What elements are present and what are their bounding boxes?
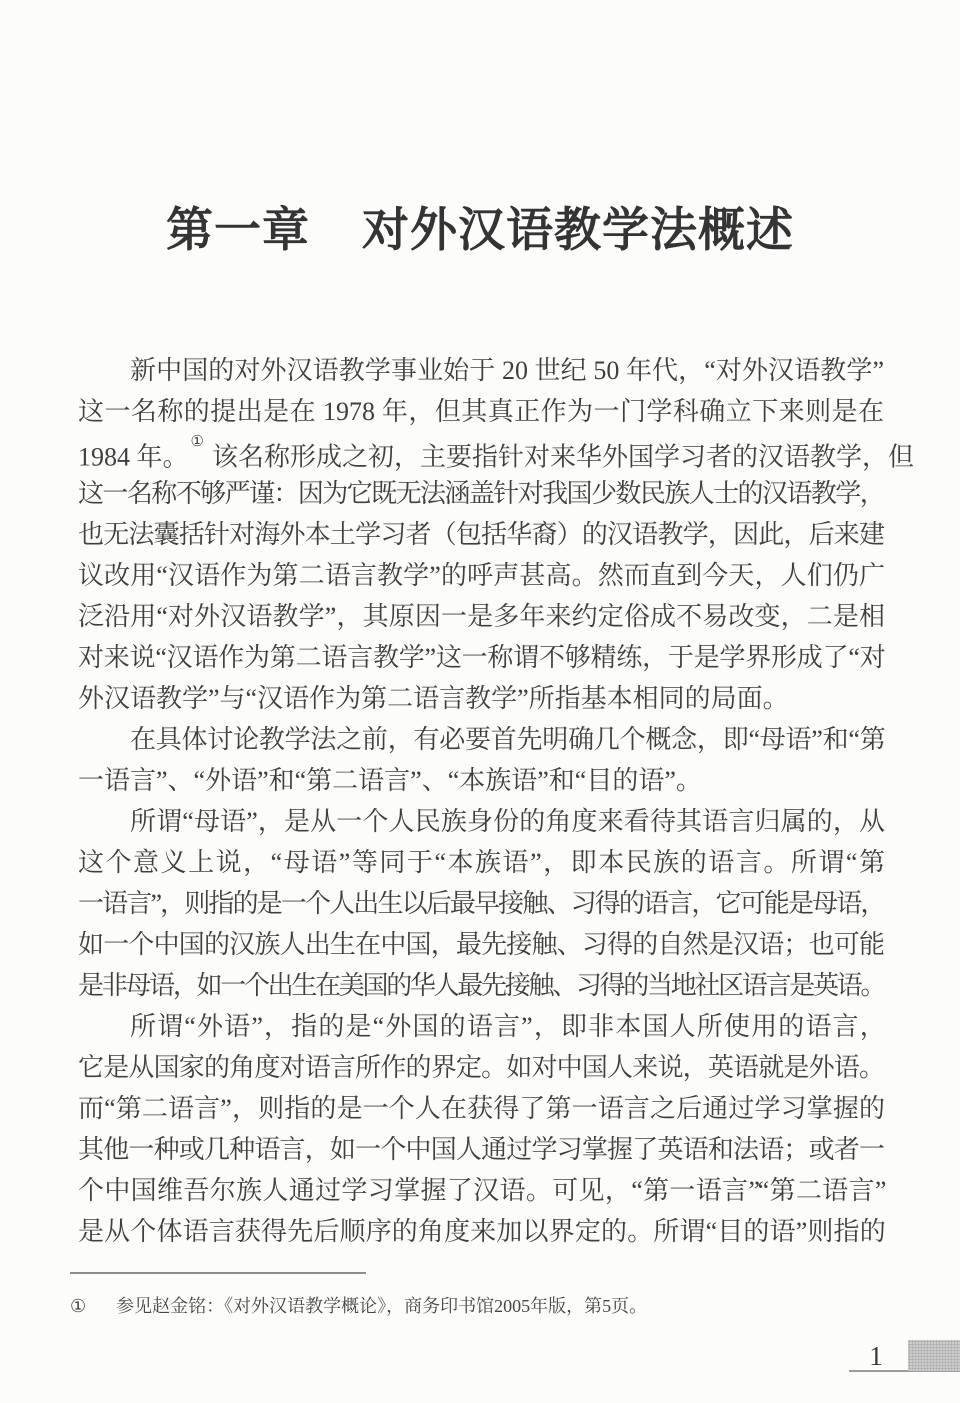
text-line: 一语言”，则指的是一个人出生以后最早接触、习得的语言，它可能是母语， <box>78 883 884 924</box>
text-line: 这一名称的提出是在 1978 年，但其真正作为一门学科确立下来则是在 <box>78 391 884 432</box>
chapter-number: 第一章 <box>166 205 310 257</box>
text-line: 这一名称不够严谨：因为它既无法涵盖针对我国少数民族人士的汉语教学， <box>78 473 884 514</box>
text-line: 这个意义上说，“母语”等同于“本族语”，即本民族的语言。所谓“第 <box>78 842 884 883</box>
text-line: 所谓“外语”，指的是“外国的语言”，即非本国人所使用的语言， <box>78 1006 884 1047</box>
chapter-name: 对外汉语教学法概述 <box>362 205 794 257</box>
chapter-title: 第一章对外汉语教学法概述 <box>0 199 960 263</box>
text-line: 议改用“汉语作为第二语言教学”的呼声甚高。然而直到今天，人们仍广 <box>78 555 884 596</box>
page-number: 1 <box>858 1340 894 1372</box>
text-line: 也无法囊括针对海外本土学习者（包括华裔）的汉语教学，因此，后来建 <box>78 514 884 555</box>
book-page: 第一章对外汉语教学法概述 新中国的对外汉语教学事业始于 20 世纪 50 年代，… <box>0 0 960 1403</box>
text-line: 在具体讨论教学法之前，有必要首先明确几个概念，即“母语”和“第 <box>78 719 884 760</box>
text-line: 而“第二语言”，则指的是一个人在获得了第一语言之后通过学习掌握的 <box>78 1088 884 1129</box>
text-line: 如一个中国的汉族人出生在中国，最先接触、习得的自然是汉语；也可能 <box>78 924 884 965</box>
footnote-ref-superscript: ① <box>191 434 204 450</box>
text-line: 外汉语教学”与“汉语作为第二语言教学”所指基本相同的局面。 <box>78 678 884 719</box>
text-line: 个中国维吾尔族人通过学习掌握了汉语。可见，“第一语言”“第二语言” <box>78 1170 884 1211</box>
footnote-text: 参见赵金铭：《对外汉语教学概论》，商务印书馆2005年版，第5页。 <box>116 1296 647 1316</box>
text-line: 新中国的对外汉语教学事业始于 20 世纪 50 年代，“对外汉语教学” <box>78 350 884 391</box>
text-line: 1984 年。①该名称形成之初，主要指针对来华外国学习者的汉语教学，但 <box>78 432 884 473</box>
footnote-marker: ① <box>70 1296 86 1316</box>
body-text: 新中国的对外汉语教学事业始于 20 世纪 50 年代，“对外汉语教学” 这一名称… <box>78 350 884 1252</box>
text-line: 对来说“汉语作为第二语言教学”这一称谓不够精练，于是学界形成了“对 <box>78 637 884 678</box>
text-line: 泛沿用“对外汉语教学”，其原因一是多年来约定俗成不易改变，二是相 <box>78 596 884 637</box>
text-segment: 该名称形成之初，主要指针对来华外国学习者的汉语教学，但 <box>212 443 914 472</box>
text-line: 是非母语，如一个出生在美国的华人最先接触、习得的当地社区语言是英语。 <box>78 965 884 1006</box>
footnote: ①参见赵金铭：《对外汉语教学概论》，商务印书馆2005年版，第5页。 <box>70 1292 770 1320</box>
footnote-separator-rule <box>70 1272 366 1274</box>
text-line: 一语言”、“外语”和“第二语言”、“本族语”和“目的语”。 <box>78 760 884 801</box>
text-line: 所谓“母语”，是从一个人民族身份的角度来看待其语言归属的，从 <box>78 801 884 842</box>
text-line: 是从个体语言获得先后顺序的角度来加以界定的。所谓“目的语”则指的 <box>78 1211 884 1252</box>
text-line: 其他一种或几种语言，如一个中国人通过学习掌握了英语和法语；或者一 <box>78 1129 884 1170</box>
text-line: 它是从国家的角度对语言所作的界定。如对中国人来说，英语就是外语。 <box>78 1047 884 1088</box>
text-segment: 1984 年。 <box>78 443 189 472</box>
footer-gray-tab <box>908 1340 960 1371</box>
